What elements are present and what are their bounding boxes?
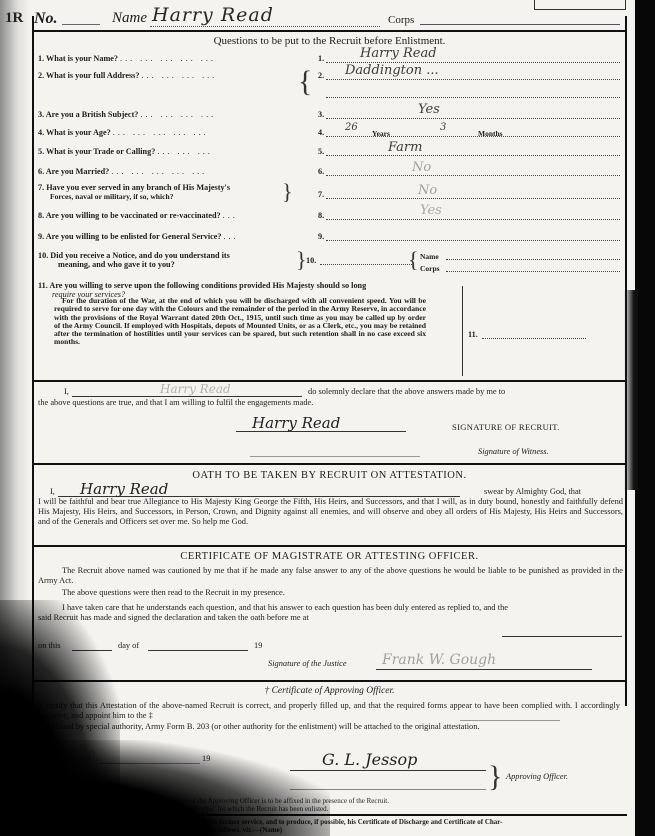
divider <box>32 380 627 382</box>
answer-8-line <box>326 219 620 220</box>
answer-2-line-2 <box>326 97 620 98</box>
scan-damage-shadow <box>0 740 330 836</box>
answer-4-num: 4. <box>318 128 324 137</box>
declaration-name-line <box>72 396 302 397</box>
answer-3-num: 3. <box>318 110 324 119</box>
answer-5-num: 5. <box>318 147 324 156</box>
approving-body: I certify that this Attestation of the a… <box>40 701 620 721</box>
divider <box>32 545 627 547</box>
answer-8-num: 8. <box>318 211 324 220</box>
magistrate-certificate-title: CERTIFICATE OF MAGISTRATE OR ATTESTING O… <box>32 551 627 562</box>
recruit-signature: Harry Read <box>252 414 340 432</box>
magistrate-para-1: The Recruit above named was cautioned by… <box>38 566 623 586</box>
brace: } <box>488 762 502 792</box>
answer-5-line <box>326 155 620 156</box>
question-8: 8. Are you willing to be vaccinated or r… <box>38 211 238 220</box>
question-6: 6. Are you Married? ... ... ... ... ... <box>38 167 207 176</box>
answer-6-value: No <box>412 160 431 175</box>
answer-5-value: Farm <box>388 140 422 155</box>
month-line <box>148 650 248 651</box>
years-label: Years <box>372 129 390 138</box>
officer-signature: G. L. Jessop <box>322 750 417 769</box>
notice-name-label: Name <box>420 252 439 261</box>
justice-signature-line <box>376 669 592 670</box>
answer-6-num: 6. <box>318 167 324 176</box>
oath-body: I will be faithful and bear true Allegia… <box>38 497 623 527</box>
question-3: 3. Are you a British Subject? ... ... ..… <box>38 110 216 119</box>
divider <box>32 30 627 32</box>
answer-3-line <box>326 118 620 119</box>
brace: { <box>298 67 312 97</box>
approving-body-2: If enlisted by special authority, Army F… <box>40 722 620 732</box>
question-2: 2. What is your full Address? ... ... ..… <box>38 71 217 80</box>
question-1: 1. What is your Name? ... ... ... ... ..… <box>38 54 216 63</box>
months-label: Months <box>478 129 503 138</box>
brace: } <box>296 249 307 271</box>
answer-6-line <box>326 175 620 176</box>
divider <box>32 680 627 682</box>
scan-edge-shadow <box>635 0 655 836</box>
answer-2-value: Daddington ... <box>345 63 439 78</box>
answer-8-value: Yes <box>420 203 442 218</box>
answer-2-line <box>326 79 620 80</box>
notice-corps-line <box>446 271 620 272</box>
question-11: 11. Are you willing to serve upon the fo… <box>38 281 366 290</box>
question-5: 5. What is your Trade or Calling? ... ..… <box>38 147 213 156</box>
question-7-line-2: Forces, naval or military, if so, which? <box>50 192 174 201</box>
justice-signature: Frank W. Gough <box>382 652 496 668</box>
answer-10-line <box>320 264 412 265</box>
bracket-line <box>462 286 463 376</box>
scan-edge-shadow <box>624 290 638 490</box>
answer-9-num: 9. <box>318 232 324 241</box>
reference-code: 1R <box>5 10 23 27</box>
justice-signature-label: Signature of the Justice <box>268 659 347 668</box>
answer-2-num: 2. <box>318 71 324 80</box>
answer-4-months-value: 3 <box>440 122 446 133</box>
answer-11-line <box>482 338 586 339</box>
question-4: 4. What is your Age? ... ... ... ... ... <box>38 128 209 137</box>
answer-4-line <box>326 136 620 137</box>
answer-7-value: No <box>418 183 437 198</box>
declaration-name-value: Harry Read <box>160 382 231 396</box>
corps-appointment-line <box>460 720 560 721</box>
witness-signature-label: Signature of Witness. <box>478 447 549 456</box>
oath-name-value: Harry Read <box>80 480 168 498</box>
question-9: 9. Are you willing to be enlisted for Ge… <box>38 232 239 241</box>
question-10: 10. Did you receive a Notice, and do you… <box>38 251 230 260</box>
year-prefix: 19 <box>254 641 274 651</box>
magistrate-para-2: The above questions were then read to th… <box>38 588 623 598</box>
question-7: 7. Have you ever served in any branch of… <box>38 183 230 192</box>
brace: { <box>408 249 419 271</box>
answer-4-years-value: 26 <box>345 122 358 133</box>
brace: } <box>282 181 293 203</box>
declaration-text-2: the above questions are true, and that I… <box>38 398 623 408</box>
answer-1-value: Harry Read <box>360 46 437 61</box>
answer-1-num: 1. <box>318 54 324 63</box>
declaration-text-1: do solemnly declare that the above answe… <box>308 387 628 397</box>
notice-name-line <box>446 259 620 260</box>
answer-3-value: Yes <box>418 102 440 117</box>
answer-11-num: 11. <box>468 330 478 339</box>
recruit-signature-label: SIGNATURE OF RECRUIT. <box>452 422 560 432</box>
header-stamp-box <box>534 0 626 10</box>
approving-certificate-title: † Certificate of Approving Officer. <box>32 686 627 696</box>
service-conditions-text: For the duration of the War, at the end … <box>54 297 426 347</box>
divider <box>32 463 627 465</box>
oath-swear-text: swear by Almighty God, that <box>484 487 624 497</box>
question-10-line-2: meaning, and who gave it to you? <box>58 260 175 269</box>
witness-signature-line <box>250 456 420 457</box>
answer-7-num: 7. <box>318 190 324 199</box>
answer-9-line <box>326 240 620 241</box>
answer-7-line <box>326 198 620 199</box>
approving-officer-label: Approving Officer. <box>506 772 568 781</box>
questions-title: Questions to be put to the Recruit befor… <box>32 35 627 47</box>
location-line <box>502 636 622 637</box>
answer-10-num: 10. <box>306 256 316 265</box>
notice-corps-label: Corps <box>420 264 440 273</box>
